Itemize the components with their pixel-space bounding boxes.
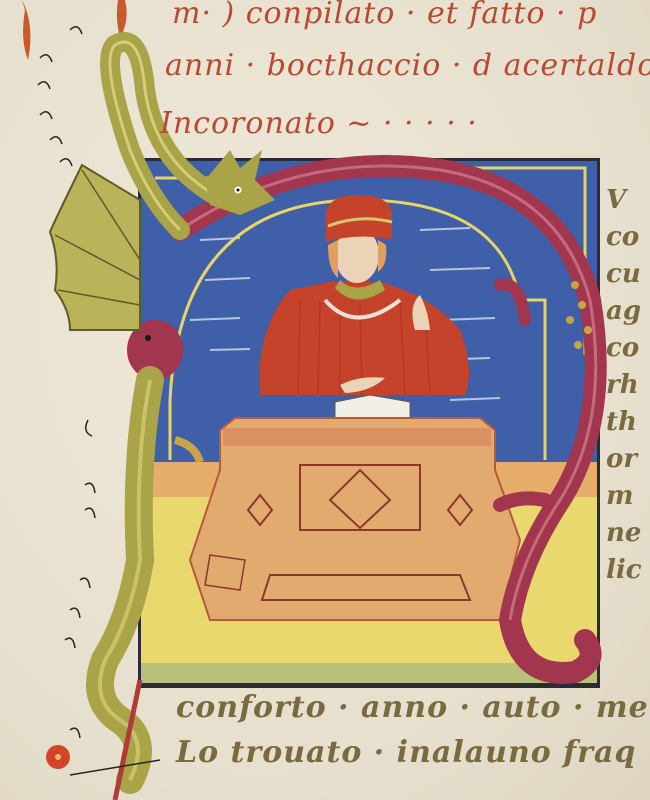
rubric-line-2: anni · bocthaccio · d acertaldo: [165, 48, 650, 83]
margin-text-column: V co cu ag co rh th or m ne lic: [606, 182, 650, 589]
margin-line: lic: [606, 552, 650, 589]
rubric-line-3: Incoronato ~ · · · · ·: [160, 106, 478, 141]
margin-line: th: [606, 404, 650, 441]
margin-line: cu: [606, 256, 650, 293]
margin-line: ag: [606, 293, 650, 330]
margin-line: rh: [606, 367, 650, 404]
margin-line: V: [606, 182, 650, 219]
margin-line: m: [606, 478, 650, 515]
margin-line: or: [606, 441, 650, 478]
rubric-line-1: m· ) conpilato · et fatto · p: [172, 0, 597, 31]
margin-line: ne: [606, 515, 650, 552]
margin-line: co: [606, 219, 650, 256]
margin-line: co: [606, 330, 650, 367]
body-line-2: Lo trouato · inalauno fraq: [176, 735, 636, 770]
manuscript-page: m· ) conpilato · et fatto · p anni · boc…: [0, 0, 650, 800]
body-line-1: conforto · anno · auto · me: [176, 690, 649, 725]
red-flourish-icon: [22, 0, 30, 60]
